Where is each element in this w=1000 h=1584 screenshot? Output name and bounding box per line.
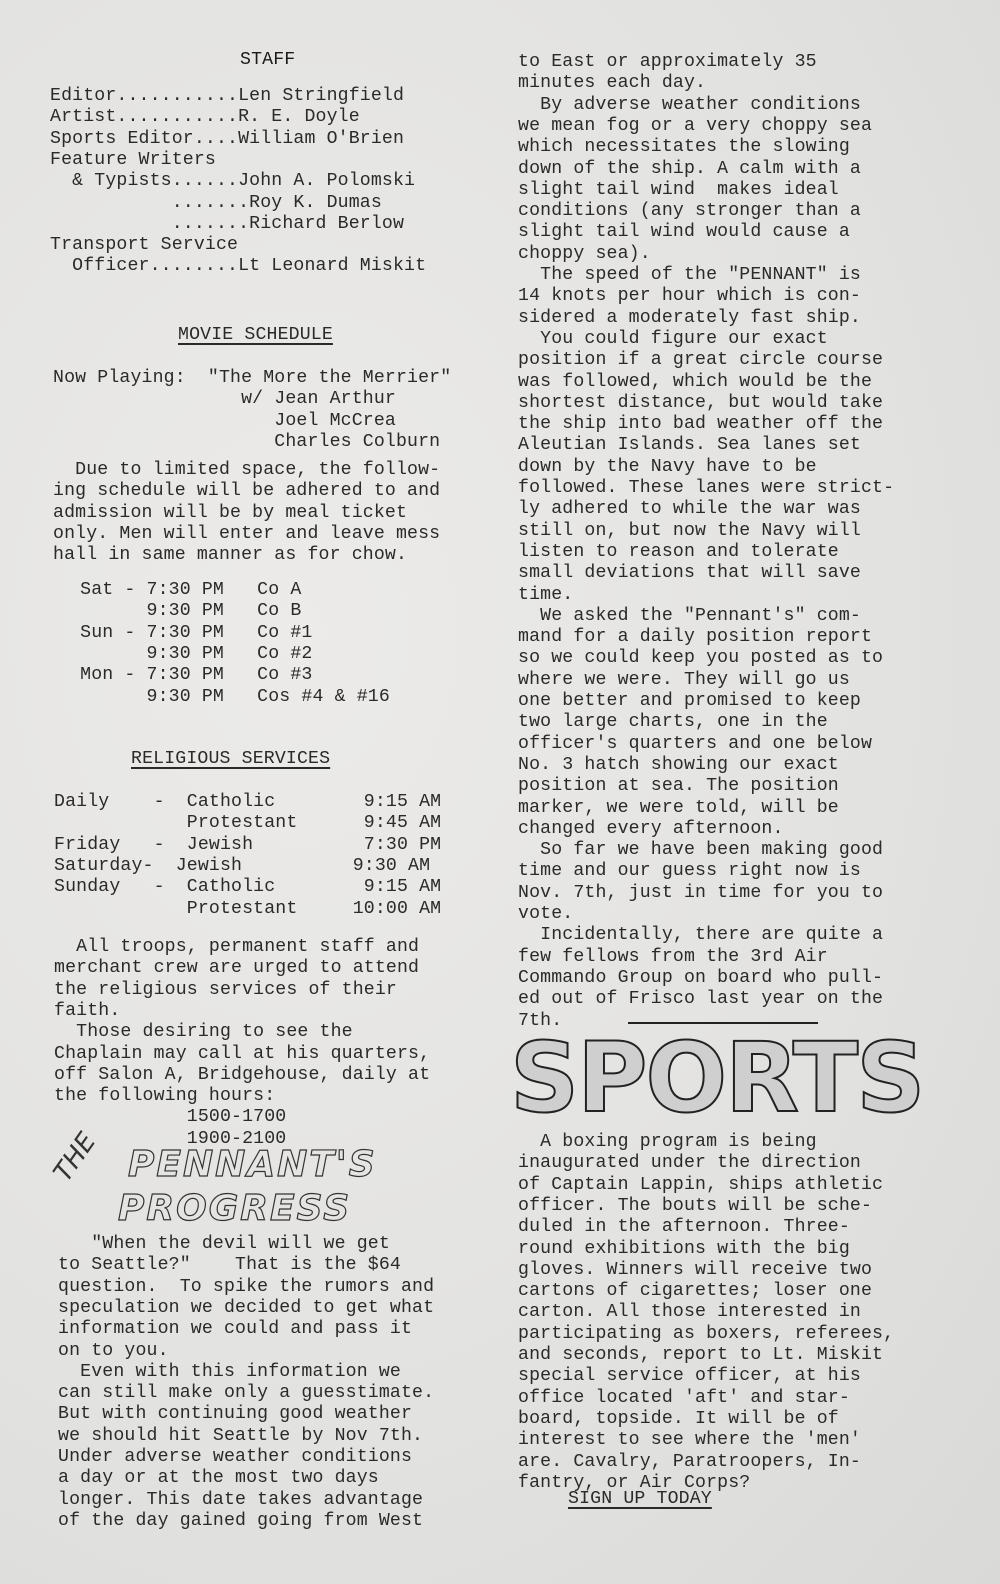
religious-schedule-row: Saturday- Jewish 9:30 AM [54,856,430,877]
article-line: we mean fog or a very choppy sea [518,116,872,137]
sports-paragraph-line: gloves. Winners will receive two [518,1260,872,1281]
sports-paragraph-line: board, topside. It will be of [518,1409,839,1430]
staff-line: Feature Writers [50,150,216,171]
religious-schedule-row: Protestant 9:45 AM [54,813,441,834]
article-line: down by the Navy have to be [518,457,817,478]
article-line: No. 3 hatch showing our exact [518,755,839,776]
progress-paragraph-line: can still make only a guesstimate. [58,1383,434,1404]
article-line: time. [518,585,573,606]
religious-services-heading: RELIGIOUS SERVICES [131,749,330,770]
religious-paragraph-line: off Salon A, Bridgehouse, daily at [54,1065,430,1086]
religious-schedule-row: Friday - Jewish 7:30 PM [54,835,441,856]
article-line: listen to reason and tolerate [518,542,839,563]
article-line: shortest distance, but would take [518,393,883,414]
now-playing-line: w/ Jean Arthur [53,389,396,410]
progress-title-line2: PROGRESS [118,1188,351,1229]
article-line: so we could keep you posted as to [518,648,883,669]
sports-paragraph-line: cartons of cigarettes; loser one [518,1281,872,1302]
movie-schedule-row: 9:30 PM Co B [58,601,301,622]
religious-schedule-row: Protestant 10:00 AM [54,899,441,920]
staff-line: .......Richard Berlow [50,214,404,235]
sign-up-today: SIGN UP TODAY [568,1489,712,1510]
movie-paragraph-line: ing schedule will be adhered to and [53,481,440,502]
article-line: Nov. 7th, just in time for you to [518,883,883,904]
article-line: minutes each day. [518,73,706,94]
progress-paragraph-line: Under adverse weather conditions [58,1447,412,1468]
article-line: slight tail wind would cause a [518,222,850,243]
staff-line: Officer........Lt Leonard Miskit [50,256,426,277]
staff-line: Editor...........Len Stringfield [50,86,404,107]
progress-title-line1: PENNANT'S [128,1144,377,1185]
sports-paragraph-line: A boxing program is being [518,1132,817,1153]
progress-paragraph-line: of the day gained going from West [58,1511,423,1532]
movie-schedule-row: Sun - 7:30 PM Co #1 [58,623,312,644]
progress-paragraph-line: information we could and pass it [58,1319,412,1340]
article-line: vote. [518,904,573,925]
staff-line: .......Roy K. Dumas [50,193,382,214]
staff-line: Artist...........R. E. Doyle [50,107,360,128]
article-line: down of the ship. A calm with a [518,159,861,180]
staff-heading: STAFF [240,50,295,71]
religious-schedule-row: Sunday - Catholic 9:15 AM [54,877,441,898]
article-line: ly adhered to while the war was [518,499,861,520]
article-line: where we were. They will go us [518,670,850,691]
article-line: The speed of the "PENNANT" is [518,265,861,286]
article-line: We asked the "Pennant's" com- [518,606,861,627]
now-playing-line: Joel McCrea [53,411,396,432]
sports-title: SPORTS [510,1026,930,1130]
article-line: to East or approximately 35 [518,52,817,73]
movie-schedule-row: Mon - 7:30 PM Co #3 [58,665,312,686]
article-line: So far we have been making good [518,840,883,861]
movie-schedule-row: 9:30 PM Cos #4 & #16 [58,687,390,708]
article-line: small deviations that will save [518,563,861,584]
progress-paragraph-line: question. To spike the rumors and [58,1277,434,1298]
sports-paragraph-line: participating as boxers, referees, [518,1324,894,1345]
religious-paragraph-line: merchant crew are urged to attend [54,958,419,979]
article-line: the ship into bad weather off the [518,414,883,435]
sports-paragraph-line: interest to see where the 'men' [518,1430,861,1451]
movie-schedule-row: Sat - 7:30 PM Co A [58,580,301,601]
religious-paragraph-line: faith. [54,1001,120,1022]
staff-line: Sports Editor....William O'Brien [50,129,404,150]
progress-paragraph-line: Even with this information we [58,1362,401,1383]
religious-schedule-row: Daily - Catholic 9:15 AM [54,792,441,813]
progress-paragraph-line: to Seattle?" That is the $64 [58,1255,401,1276]
progress-paragraph-line: longer. This date takes advantage [58,1490,423,1511]
progress-paragraph-line: we should hit Seattle by Nov 7th. [58,1426,423,1447]
sports-paragraph-line: and seconds, report to Lt. Miskit [518,1345,883,1366]
article-line: 14 knots per hour which is con- [518,286,861,307]
article-line: which necessitates the slowing [518,137,850,158]
article-line: one better and promised to keep [518,691,861,712]
article-line: two large charts, one in the [518,712,828,733]
sports-paragraph-line: duled in the afternoon. Three- [518,1217,850,1238]
religious-paragraph-line: 1500-1700 [54,1107,286,1128]
movie-paragraph-line: admission will be by meal ticket [53,503,407,524]
article-line: still on, but now the Navy will [518,521,861,542]
article-line: ed out of Frisco last year on the [518,989,883,1010]
sports-paragraph-line: round exhibitions with the big [518,1239,850,1260]
article-line: Aleutian Islands. Sea lanes set [518,435,861,456]
religious-paragraph-line: the religious services of their [54,980,397,1001]
article-line: sidered a moderately fast ship. [518,308,861,329]
sports-paragraph-line: officer. The bouts will be sche- [518,1196,872,1217]
progress-paragraph-line: "When the devil will we get [58,1234,390,1255]
article-line: mand for a daily position report [518,627,872,648]
article-line: You could figure our exact [518,329,828,350]
article-line: Incidentally, there are quite a [518,925,883,946]
movie-schedule-heading: MOVIE SCHEDULE [178,325,333,346]
progress-paragraph-line: on to you. [58,1341,169,1362]
staff-line: Transport Service [50,235,238,256]
progress-paragraph-line: speculation we decided to get what [58,1298,434,1319]
article-line: followed. These lanes were strict- [518,478,894,499]
movie-paragraph-line: hall in same manner as for chow. [53,545,407,566]
article-line: officer's quarters and one below [518,734,872,755]
now-playing-line: Charles Colburn [53,432,440,453]
staff-line: & Typists......John A. Polomski [50,171,415,192]
sports-paragraph-line: of Captain Lappin, ships athletic [518,1175,883,1196]
sports-paragraph-line: office located 'aft' and star- [518,1388,850,1409]
sports-paragraph-line: are. Cavalry, Paratroopers, In- [518,1452,861,1473]
religious-paragraph-line: All troops, permanent staff and [54,937,419,958]
article-line: few fellows from the 3rd Air [518,947,828,968]
progress-paragraph-line: a day or at the most two days [58,1468,379,1489]
religious-paragraph-line: Chaplain may call at his quarters, [54,1044,430,1065]
article-line: By adverse weather conditions [518,95,861,116]
progress-paragraph-line: But with continuing good weather [58,1404,412,1425]
sports-paragraph-line: carton. All those interested in [518,1302,861,1323]
movie-paragraph-line: Due to limited space, the follow- [53,460,440,481]
movie-schedule-row: 9:30 PM Co #2 [58,644,312,665]
article-line: marker, we were told, will be [518,798,839,819]
movie-paragraph-line: only. Men will enter and leave mess [53,524,440,545]
article-line: conditions (any stronger than a [518,201,861,222]
article-line: time and our guess right now is [518,861,861,882]
article-line: choppy sea). [518,244,651,265]
article-line: slight tail wind makes ideal [518,180,839,201]
article-line: changed every afternoon. [518,819,784,840]
article-line: Commando Group on board who pull- [518,968,883,989]
religious-paragraph-line: Those desiring to see the [54,1022,353,1043]
sports-paragraph-line: special service officer, at his [518,1366,861,1387]
sports-paragraph-line: inaugurated under the direction [518,1153,861,1174]
religious-paragraph-line: the following hours: [54,1086,275,1107]
article-line: position if a great circle course [518,350,883,371]
article-line: position at sea. The position [518,776,839,797]
now-playing-line: Now Playing: "The More the Merrier" [53,368,451,389]
article-line: was followed, which would be the [518,372,872,393]
